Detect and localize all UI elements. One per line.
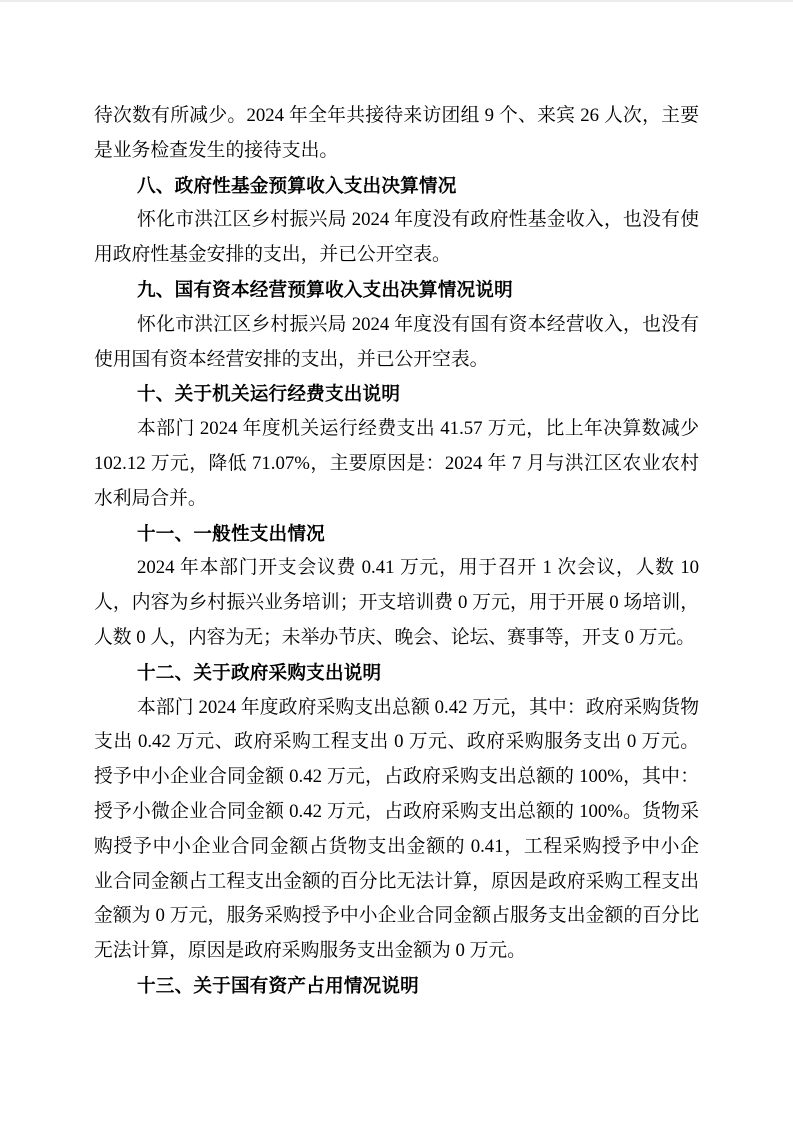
page-top-edge: [0, 0, 793, 2]
paragraph-line: 购授予中小企业合同金额占货物支出金额的 0.41，工程采购授予中小企: [94, 830, 699, 865]
document-body: 待次数有所减少。2024 年全年共接待来访团组 9 个、来宾 26 人次，主要 …: [94, 99, 699, 1004]
section-heading-13: 十三、关于国有资产占用情况说明: [94, 969, 699, 1004]
paragraph-line: 怀化市洪江区乡村振兴局 2024 年度没有政府性基金收入，也没有使: [94, 203, 699, 238]
paragraph-line: 金额为 0 万元，服务采购授予中小企业合同金额占服务支出金额的百分比: [94, 899, 699, 934]
section-heading-9: 九、国有资本经营预算收入支出决算情况说明: [94, 273, 699, 308]
paragraph-line: 授予中小企业合同金额 0.42 万元，占政府采购支出总额的 100%，其中：: [94, 760, 699, 795]
paragraph-line: 水利局合并。: [94, 482, 699, 517]
paragraph-line: 本部门 2024 年度机关运行经费支出 41.57 万元，比上年决算数减少: [94, 412, 699, 447]
paragraph-line: 本部门 2024 年度政府采购支出总额 0.42 万元，其中：政府采购货物: [94, 691, 699, 726]
section-heading-11: 十一、一般性支出情况: [94, 517, 699, 552]
section-heading-12: 十二、关于政府采购支出说明: [94, 656, 699, 691]
section-heading-10: 十、关于机关运行经费支出说明: [94, 377, 699, 412]
paragraph-line: 2024 年本部门开支会议费 0.41 万元，用于召开 1 次会议，人数 10: [94, 551, 699, 586]
paragraph-line: 支出 0.42 万元、政府采购工程支出 0 万元、政府采购服务支出 0 万元。: [94, 725, 699, 760]
paragraph-line: 无法计算，原因是政府采购服务支出金额为 0 万元。: [94, 934, 699, 969]
paragraph-line: 人数 0 人，内容为无；未举办节庆、晚会、论坛、赛事等，开支 0 万元。: [94, 621, 699, 656]
paragraph-line: 人，内容为乡村振兴业务培训；开支培训费 0 万元，用于开展 0 场培训，: [94, 586, 699, 621]
paragraph-line: 102.12 万元，降低 71.07%，主要原因是：2024 年 7 月与洪江区…: [94, 447, 699, 482]
paragraph-line: 业合同金额占工程支出金额的百分比无法计算，原因是政府采购工程支出: [94, 865, 699, 900]
paragraph-line: 待次数有所减少。2024 年全年共接待来访团组 9 个、来宾 26 人次，主要: [94, 99, 699, 134]
paragraph-line: 是业务检查发生的接待支出。: [94, 134, 699, 169]
document-page: 待次数有所减少。2024 年全年共接待来访团组 9 个、来宾 26 人次，主要 …: [0, 0, 793, 1122]
section-heading-8: 八、政府性基金预算收入支出决算情况: [94, 169, 699, 204]
paragraph-line: 用政府性基金安排的支出，并已公开空表。: [94, 238, 699, 273]
paragraph-line: 授予小微企业合同金额 0.42 万元，占政府采购支出总额的 100%。货物采: [94, 795, 699, 830]
paragraph-line: 使用国有资本经营安排的支出，并已公开空表。: [94, 343, 699, 378]
paragraph-line: 怀化市洪江区乡村振兴局 2024 年度没有国有资本经营收入，也没有: [94, 308, 699, 343]
